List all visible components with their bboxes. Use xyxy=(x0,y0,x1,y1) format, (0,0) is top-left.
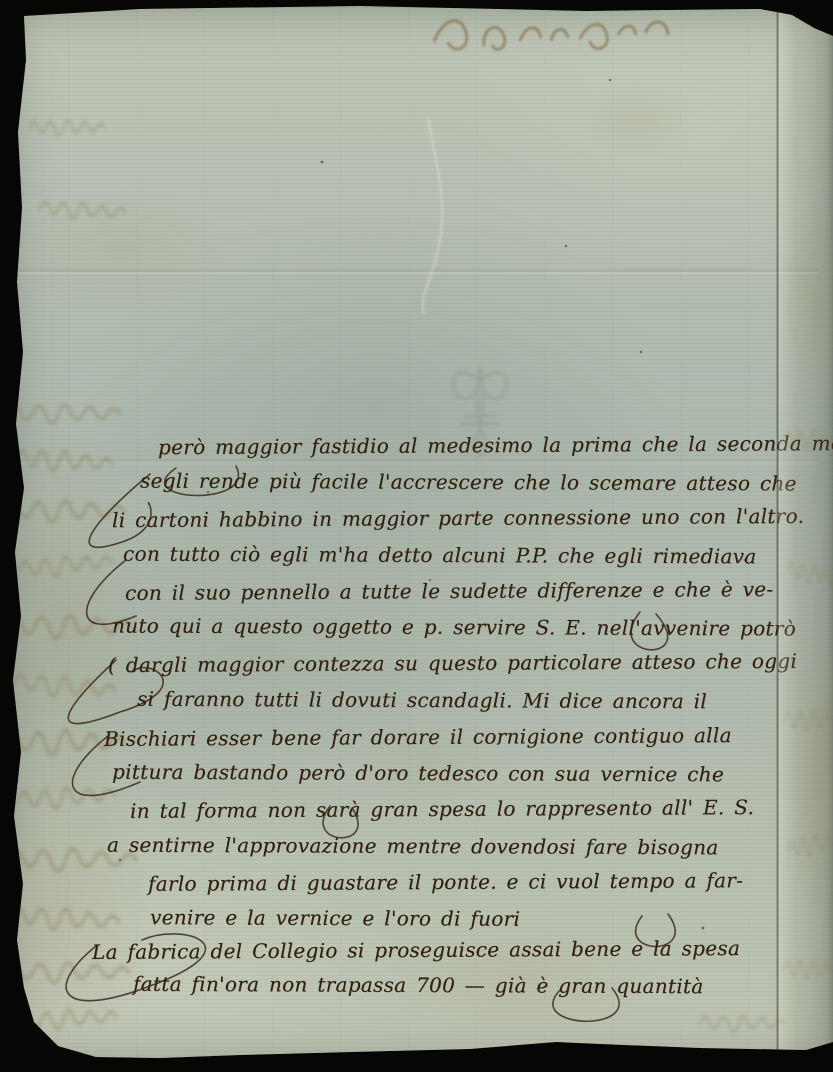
letter-text-block: però maggior fastidio al medesimo la pri… xyxy=(0,0,833,1072)
manuscript-line: nuto qui a questo oggetto e p. servire S… xyxy=(112,614,796,641)
manuscript-line: però maggior fastidio al medesimo la pri… xyxy=(158,431,833,459)
manuscript-line: farlo prima di guastare il ponte. e ci v… xyxy=(148,868,743,896)
manuscript-line: li cartoni habbino in maggior parte conn… xyxy=(112,504,804,532)
manuscript-line: con tutto ciò egli m'ha detto alcuni P.P… xyxy=(123,542,757,569)
manuscript-line: fatta fin'ora non trapassa 700 — già è g… xyxy=(133,972,704,998)
manuscript-line: Bischiari esser bene far dorare il corni… xyxy=(104,723,732,751)
manuscript-line: pittura bastando però d'oro tedesco con … xyxy=(112,760,724,787)
manuscript-line: segli rende più facile l'accrescere che … xyxy=(140,469,797,496)
manuscript-line: ( dargli maggior contezza su questo part… xyxy=(108,649,797,677)
manuscript-line: in tal forma non sarà gran spesa lo rapp… xyxy=(130,795,754,823)
manuscript-line: si faranno tutti li dovuti scandagli. Mi… xyxy=(137,687,707,713)
manuscript-line: La fabrica del Collegio si proseguisce a… xyxy=(92,936,740,964)
manuscript-line: con il suo pennello a tutte le sudette d… xyxy=(125,577,774,605)
manuscript-line: a sentirne l'approvazione mentre dovendo… xyxy=(107,833,719,860)
manuscript-line: venire e la vernice e l'oro di fuori xyxy=(150,905,520,931)
manuscript-scan: però maggior fastidio al medesimo la pri… xyxy=(0,0,833,1072)
paper-sheet: però maggior fastidio al medesimo la pri… xyxy=(0,0,833,1072)
